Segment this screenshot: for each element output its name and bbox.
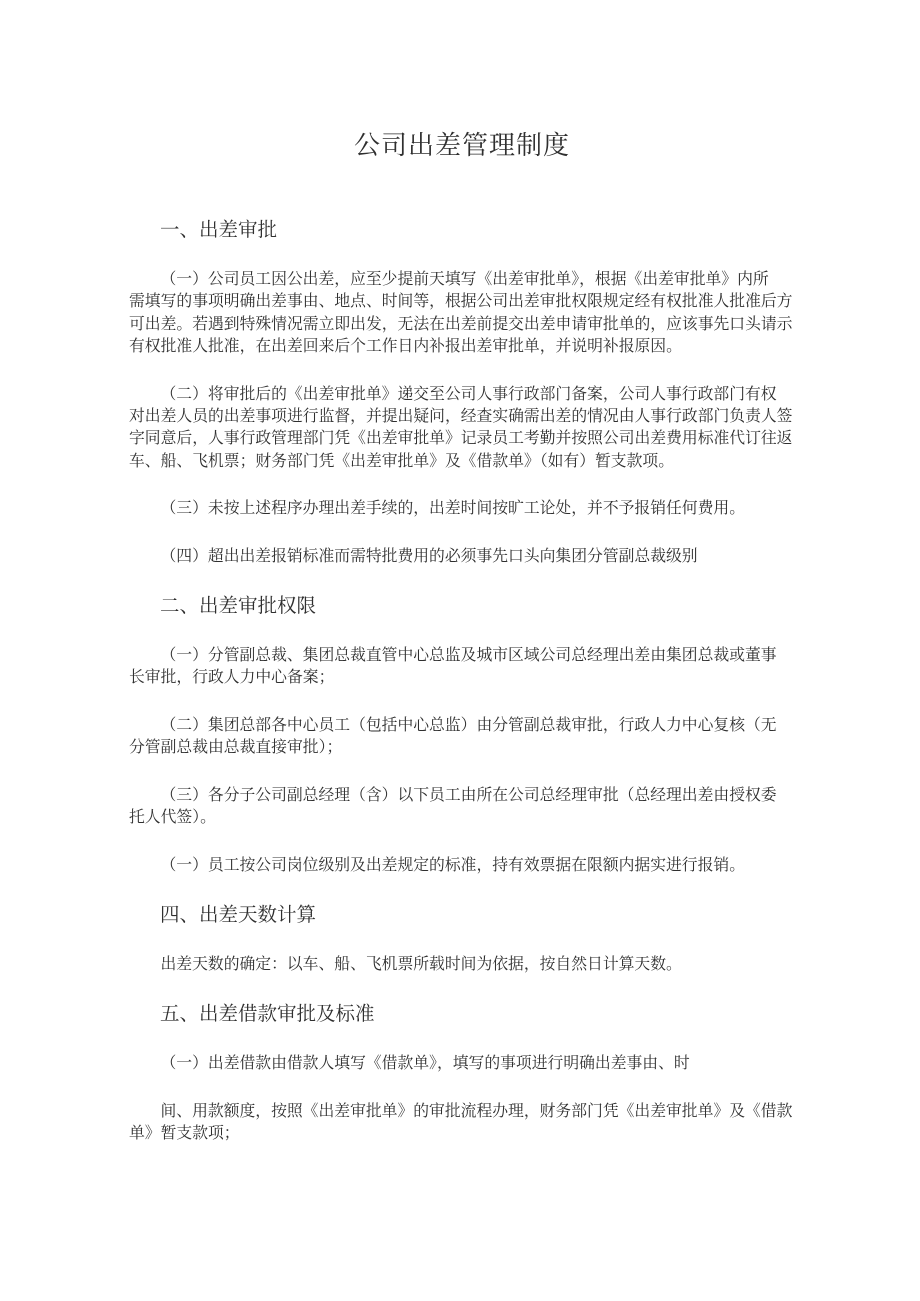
paragraph: （一）公司员工因公出差，应至少提前天填写《出差审批单》，根据《出差审批单》内所需… (129, 268, 795, 358)
section-heading: 一、出差审批 (129, 216, 795, 243)
document-page: 公司出差管理制度 一、出差审批（一）公司员工因公出差，应至少提前天填写《出差审批… (0, 0, 920, 1301)
paragraph: （一）分管副总裁、集团总裁直管中心总监及城市区域公司总经理出差由集团总裁或董事长… (129, 644, 795, 689)
text-line: 有权批准人批准，在出差回来后个工作日内补报出差审批单，并说明补报原因。 (129, 335, 795, 357)
paragraph: （二）集团总部各中心员工（包括中心总监）由分管副总裁审批，行政人力中心复核（无分… (129, 714, 795, 759)
text-line: 车、船、飞机票；财务部门凭《出差审批单》及《借款单》（如有）暂支款项。 (129, 450, 795, 472)
paragraph: （三）各分子公司副总经理（含）以下员工由所在公司总经理审批（总经理出差由授权委托… (129, 784, 795, 829)
paragraph: 出差天数的确定：以车、船、飞机票所载时间为依据，按自然日计算天数。 (129, 953, 795, 975)
paragraph: （一）出差借款由借款人填写《借款单》，填写的事项进行明确出差事由、时 (129, 1052, 795, 1074)
paragraph: （二）将审批后的《出差审批单》递交至公司人事行政部门备案，公司人事行政部门有权对… (129, 383, 795, 473)
section-heading: 二、出差审批权限 (129, 592, 795, 619)
text-line: 需填写的事项明确出差事由、地点、时间等，根据公司出差审批权限规定经有权批准人批准… (129, 290, 795, 312)
text-line: （二）集团总部各中心员工（包括中心总监）由分管副总裁审批，行政人力中心复核（无 (129, 714, 795, 736)
text-line: 间、用款额度，按照《出差审批单》的审批流程办理，财务部门凭《出差审批单》及《借款 (129, 1100, 795, 1122)
text-line: （三）未按上述程序办理出差手续的，出差时间按旷工论处，并不予报销任何费用。 (129, 497, 795, 519)
text-line: 出差天数的确定：以车、船、飞机票所载时间为依据，按自然日计算天数。 (129, 953, 795, 975)
text-line: 长审批，行政人力中心备案； (129, 666, 795, 688)
section-heading: 五、出差借款审批及标准 (129, 1000, 795, 1027)
text-line: 对出差人员的出差事项进行监督，并提出疑问，经查实确需出差的情况由人事行政部门负责… (129, 405, 795, 427)
document-content: 公司出差管理制度 一、出差审批（一）公司员工因公出差，应至少提前天填写《出差审批… (129, 128, 795, 1170)
paragraph: （一）员工按公司岗位级别及出差规定的标准，持有效票据在限额内据实进行报销。 (129, 854, 795, 876)
document-title: 公司出差管理制度 (129, 128, 795, 164)
section-heading: 四、出差天数计算 (129, 901, 795, 928)
text-line: （一）员工按公司岗位级别及出差规定的标准，持有效票据在限额内据实进行报销。 (129, 854, 795, 876)
text-line: 单》暂支款项； (129, 1122, 795, 1144)
paragraph: （四）超出出差报销标准而需特批费用的必须事先口头向集团分管副总裁级别 (129, 545, 795, 567)
paragraph: 间、用款额度，按照《出差审批单》的审批流程办理，财务部门凭《出差审批单》及《借款… (129, 1100, 795, 1145)
text-line: 可出差。若遇到特殊情况需立即出发，无法在出差前提交出差申请审批单的，应该事先口头… (129, 313, 795, 335)
text-line: （一）出差借款由借款人填写《借款单》，填写的事项进行明确出差事由、时 (129, 1052, 795, 1074)
text-line: 托人代签）。 (129, 806, 795, 828)
text-line: （二）将审批后的《出差审批单》递交至公司人事行政部门备案，公司人事行政部门有权 (129, 383, 795, 405)
text-line: （四）超出出差报销标准而需特批费用的必须事先口头向集团分管副总裁级别 (129, 545, 795, 567)
text-line: 字同意后，人事行政管理部门凭《出差审批单》记录员工考勤并按照公司出差费用标准代订… (129, 427, 795, 449)
text-line: （一）分管副总裁、集团总裁直管中心总监及城市区域公司总经理出差由集团总裁或董事 (129, 644, 795, 666)
text-line: （三）各分子公司副总经理（含）以下员工由所在公司总经理审批（总经理出差由授权委 (129, 784, 795, 806)
text-line: （一）公司员工因公出差，应至少提前天填写《出差审批单》，根据《出差审批单》内所 (129, 268, 795, 290)
paragraph: （三）未按上述程序办理出差手续的，出差时间按旷工论处，并不予报销任何费用。 (129, 497, 795, 519)
text-line: 分管副总裁由总裁直接审批）； (129, 736, 795, 758)
document-body: 一、出差审批（一）公司员工因公出差，应至少提前天填写《出差审批单》，根据《出差审… (129, 216, 795, 1145)
